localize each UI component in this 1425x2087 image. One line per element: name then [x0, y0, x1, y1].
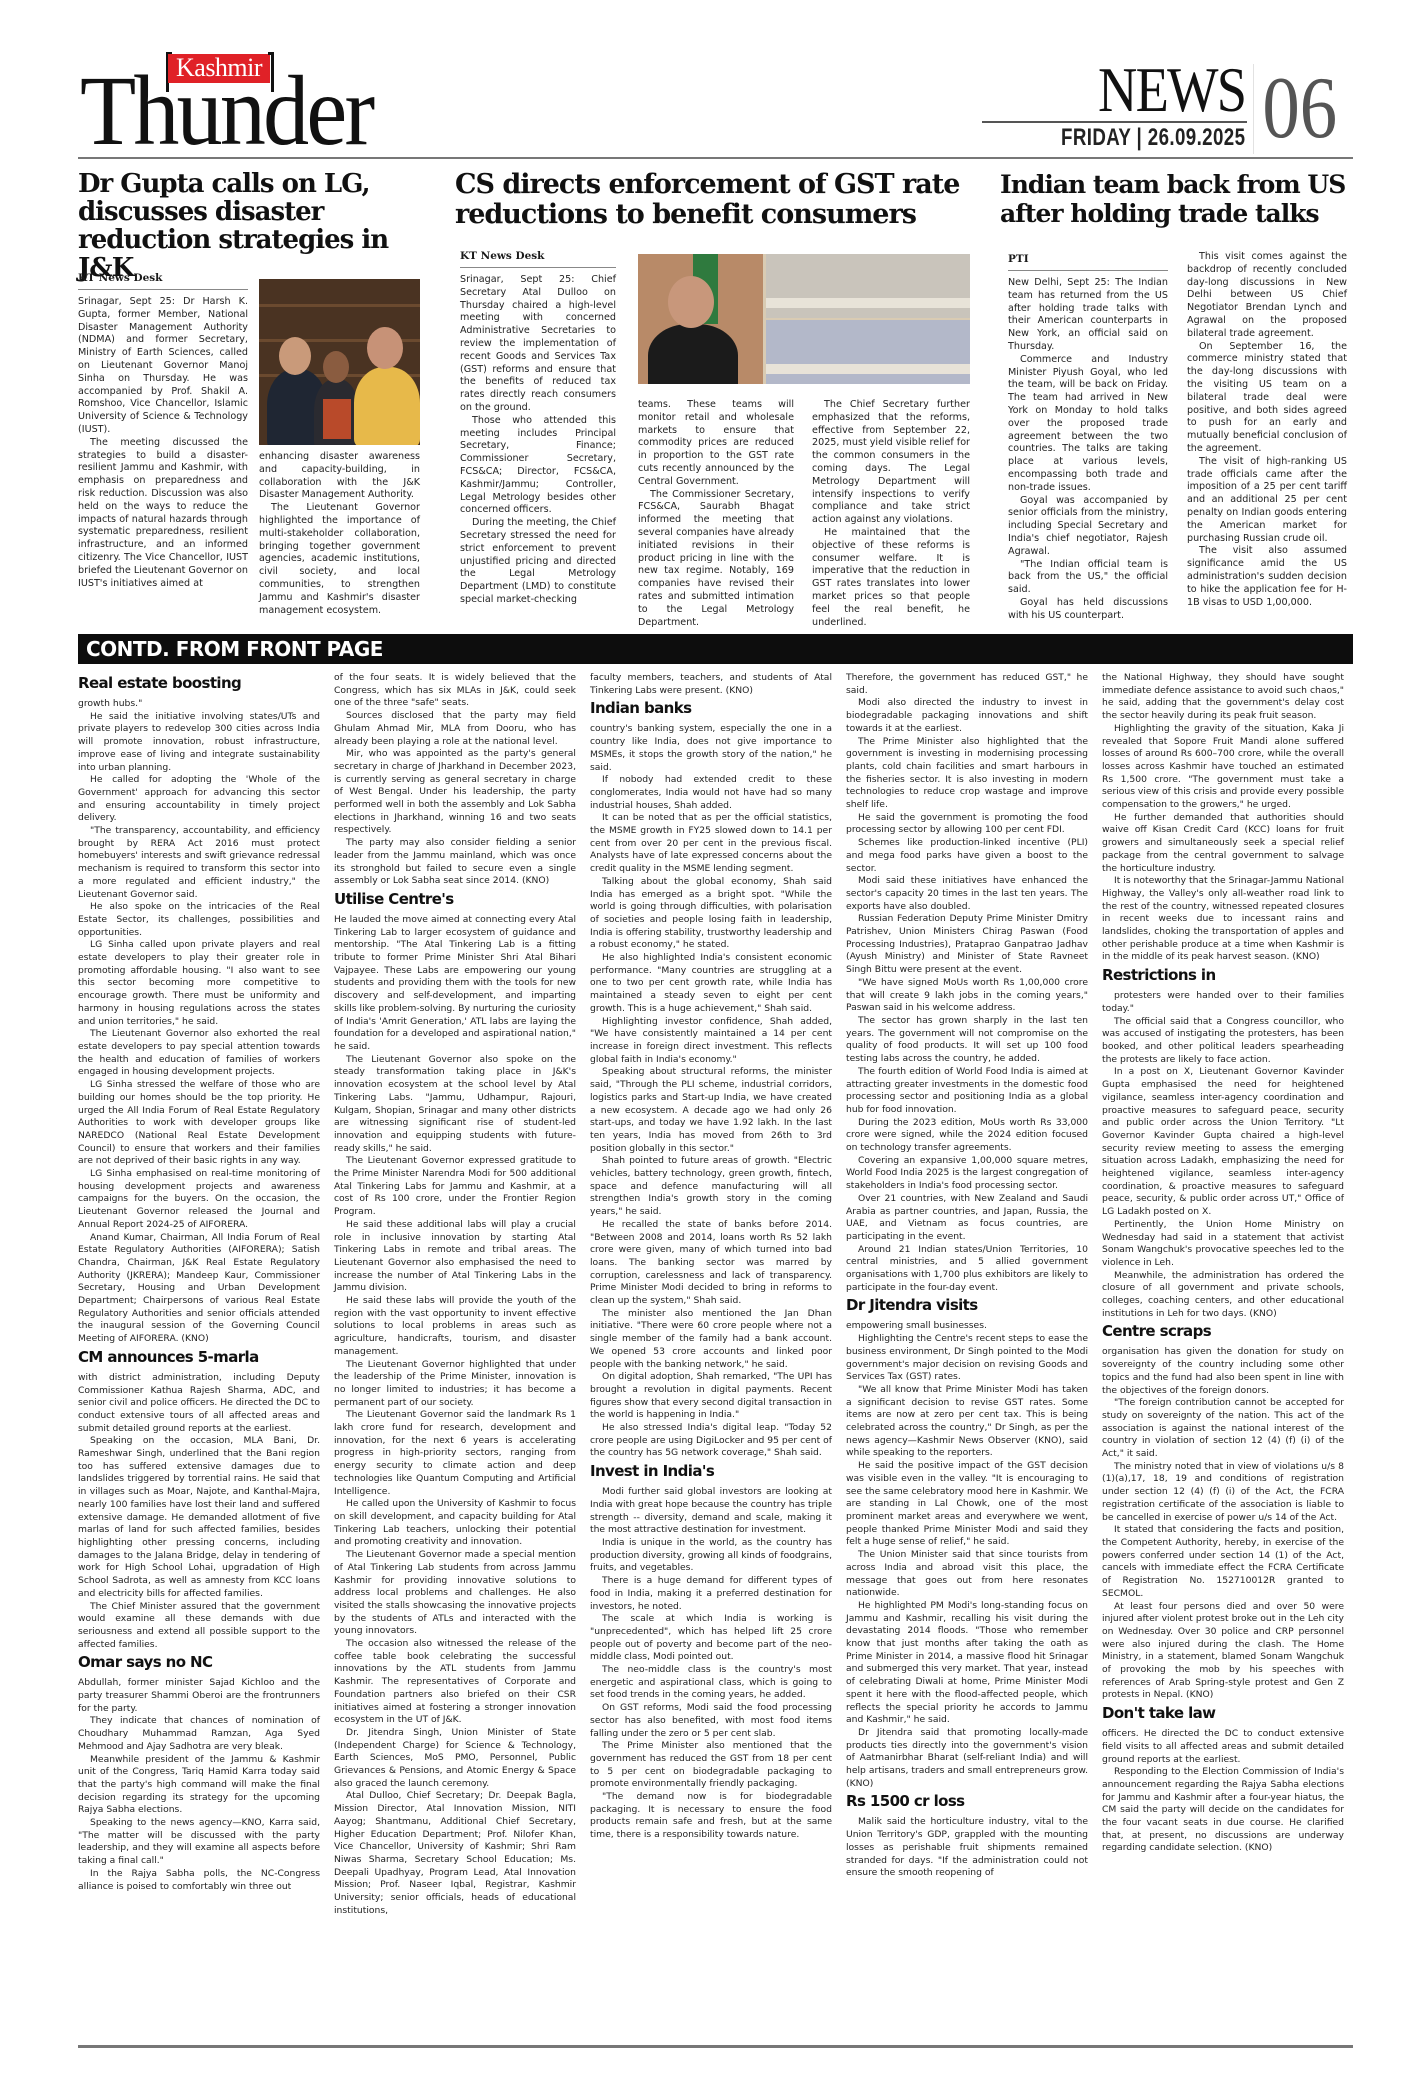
paragraph: The Chief Minister assured that the gove…	[78, 1601, 320, 1652]
paragraph: Russian Federation Deputy Prime Minister…	[846, 913, 1088, 977]
paragraph: This visit comes against the backdrop of…	[1187, 251, 1347, 341]
paragraph: He said these additional labs will play …	[334, 1219, 576, 1295]
continued-subhead: Restrictions in	[1102, 966, 1344, 984]
paragraph: He also highlighted India's consistent e…	[590, 952, 832, 1016]
paragraph: Srinagar, Sept 25: Chief Secretary Atal …	[460, 274, 616, 415]
paragraph: Dr. Jitendra Singh, Union Minister of St…	[334, 1727, 576, 1791]
paragraph: Goyal was accompanied by senior official…	[1008, 495, 1168, 559]
paragraph: Schemes like production-linked incentive…	[846, 837, 1088, 875]
section-banner-title: CONTD. FROM FRONT PAGE	[86, 637, 383, 661]
paragraph: New Delhi, Sept 25: The Indian team has …	[1008, 277, 1168, 354]
paragraph: The Commissioner Secretary, FCS&CA, Saur…	[638, 489, 794, 630]
paragraph: Meanwhile president of the Jammu & Kashm…	[78, 1754, 320, 1818]
masthead-divider	[78, 157, 1353, 159]
story-byline: PTI	[1008, 253, 1168, 271]
paragraph: Covering an expansive 1,00,000 square me…	[846, 1155, 1088, 1193]
paragraph: The Prime Minister also highlighted that…	[846, 736, 1088, 812]
paragraph: Sources disclosed that the party may fie…	[334, 710, 576, 748]
continued-col-4: Therefore, the government has reduced GS…	[846, 672, 1088, 1880]
story2-col1: KT News Desk Srinagar, Sept 25: Chief Se…	[460, 250, 616, 607]
paragraph: "The Indian official team is back from t…	[1008, 559, 1168, 597]
paragraph: The official said that a Congress counci…	[1102, 1016, 1344, 1067]
continued-col-5: the National Highway, they should have s…	[1102, 672, 1344, 1855]
paragraph: Therefore, the government has reduced GS…	[846, 672, 1088, 697]
story-dr-gupta: Dr Gupta calls on LG, discusses disaster…	[78, 170, 428, 282]
paragraph: He said these labs will provide the yout…	[334, 1295, 576, 1359]
story-headline: CS directs enforcement of GST rate reduc…	[455, 170, 975, 230]
paragraph: Pertinently, the Union Home Ministry on …	[1102, 1219, 1344, 1270]
paragraph: During the meeting, the Chief Secretary …	[460, 517, 616, 607]
paragraph: Speaking to the news agency—KNO, Karra s…	[78, 1817, 320, 1868]
column-body: the National Highway, they should have s…	[1102, 672, 1344, 1855]
paragraph: LG Sinha emphasised on real-time monitor…	[78, 1168, 320, 1232]
story-body: The Chief Secretary further emphasized t…	[812, 399, 970, 629]
paragraph: India is unique in the world, as the cou…	[590, 1537, 832, 1575]
paragraph: He lauded the move aimed at connecting e…	[334, 914, 576, 1054]
paragraph: country's banking system, especially the…	[590, 723, 832, 774]
continued-col-1: Real estate boostinggrowth hubs."He said…	[78, 672, 320, 1893]
story-body: New Delhi, Sept 25: The Indian team has …	[1008, 277, 1168, 623]
continued-subhead: Don't take law	[1102, 1704, 1344, 1722]
paragraph: The Lieutenant Governor also exhorted th…	[78, 1028, 320, 1079]
section-title: NEWS	[1098, 60, 1245, 120]
paragraph: Malik said the horticulture industry, vi…	[846, 1816, 1088, 1880]
paragraph: The Lieutenant Governor said the landmar…	[334, 1409, 576, 1498]
story-body: This visit comes against the backdrop of…	[1187, 251, 1347, 609]
story-byline: KT News Desk	[460, 250, 616, 268]
section-rule	[982, 121, 1247, 123]
paragraph: He also stressed India's digital leap. "…	[590, 1422, 832, 1460]
masthead: Kashmir Thunder NEWS FRIDAY | 26.09.2025…	[78, 44, 1353, 154]
paragraph: Anand Kumar, Chairman, All India Forum o…	[78, 1232, 320, 1346]
brand-thunder-logo: Thunder	[80, 66, 372, 156]
paragraph: "The transparency, accountability, and e…	[78, 825, 320, 901]
paragraph: The visit of high-ranking US trade offic…	[1187, 456, 1347, 546]
column-body: faculty members, teachers, and students …	[590, 672, 832, 1842]
paragraph: The fourth edition of World Food India i…	[846, 1066, 1088, 1117]
paragraph: officers. He directed the DC to conduct …	[1102, 1728, 1344, 1766]
paragraph: He said the initiative involving states/…	[78, 711, 320, 775]
story-body: Srinagar, Sept 25: Chief Secretary Atal …	[460, 274, 616, 607]
paragraph: LG Sinha called upon private players and…	[78, 939, 320, 1028]
paragraph: The meeting discussed the strategies to …	[78, 437, 248, 591]
story2-col3: The Chief Secretary further emphasized t…	[812, 399, 970, 629]
paragraph: The scale at which India is working is "…	[590, 1613, 832, 1664]
paragraph: Modi also directed the industry to inves…	[846, 697, 1088, 735]
paragraph: "The demand now is for biodegradable pac…	[590, 1791, 832, 1842]
paragraph: The party may also consider fielding a s…	[334, 837, 576, 888]
paragraph: It is noteworthy that the Srinagar-Jammu…	[1102, 875, 1344, 964]
paragraph: He called upon the University of Kashmir…	[334, 1498, 576, 1549]
continued-subhead: Centre scraps	[1102, 1322, 1344, 1340]
paragraph: He said the government is promoting the …	[846, 812, 1088, 837]
paragraph: Highlighting investor confidence, Shah a…	[590, 1016, 832, 1067]
paragraph: Srinagar, Sept 25: Dr Harsh K. Gupta, fo…	[78, 296, 248, 437]
paragraph: He maintained that the objective of thes…	[812, 527, 970, 629]
paragraph: Shah pointed to future areas of growth. …	[590, 1155, 832, 1219]
paragraph: with district administration, including …	[78, 1372, 320, 1436]
continued-col-2: of the four seats. It is widely believed…	[334, 672, 576, 1918]
paragraph: At least four persons died and over 50 w…	[1102, 1601, 1344, 1703]
paragraph: Atal Dulloo, Chief Secretary; Dr. Deepak…	[334, 1790, 576, 1917]
paragraph: The Chief Secretary further emphasized t…	[812, 399, 970, 527]
paragraph: He recalled the state of banks before 20…	[590, 1219, 832, 1308]
story-body: Srinagar, Sept 25: Dr Harsh K. Gupta, fo…	[78, 296, 248, 590]
paragraph: The visit also assumed significance amid…	[1187, 545, 1347, 609]
continued-subhead: Indian banks	[590, 699, 832, 717]
paragraph: The ministry noted that in view of viola…	[1102, 1461, 1344, 1525]
paragraph: It can be noted that as per the official…	[590, 812, 832, 876]
paragraph: The Lieutenant Governor highlighted the …	[259, 502, 420, 617]
continued-subhead: Utilise Centre's	[334, 890, 576, 908]
story2-col2: teams. These teams will monitor retail a…	[638, 399, 794, 629]
paragraph: teams. These teams will monitor retail a…	[638, 399, 794, 489]
story-body: enhancing disaster awareness and capacit…	[259, 451, 420, 617]
paragraph: The minister also mentioned the Jan Dhan…	[590, 1308, 832, 1372]
section-banner: CONTD. FROM FRONT PAGE	[78, 634, 1353, 664]
paragraph: Modi further said global investors are l…	[590, 1486, 832, 1537]
column-body: Real estate boostinggrowth hubs."He said…	[78, 674, 320, 1893]
story-body: teams. These teams will monitor retail a…	[638, 399, 794, 629]
paragraph: They indicate that chances of nomination…	[78, 1715, 320, 1753]
paragraph: enhancing disaster awareness and capacit…	[259, 451, 420, 502]
paragraph: On September 16, the commerce ministry s…	[1187, 341, 1347, 456]
paragraph: The sector has grown sharply in the last…	[846, 1015, 1088, 1066]
paragraph: protesters were handed over to their fam…	[1102, 990, 1344, 1015]
page-number: 06	[1253, 64, 1338, 154]
paragraph: The Lieutenant Governor expressed gratit…	[334, 1155, 576, 1219]
paragraph: organisation has given the donation for …	[1102, 1346, 1344, 1397]
paragraph: There is a huge demand for different typ…	[590, 1575, 832, 1613]
paragraph: growth hubs."	[78, 698, 320, 711]
page-bottom-rule	[78, 2045, 1353, 2048]
story3-col2: This visit comes against the backdrop of…	[1187, 251, 1347, 609]
continued-subhead: Invest in India's	[590, 1462, 832, 1480]
paragraph: Responding to the Election Commission of…	[1102, 1766, 1344, 1855]
paragraph: Abdullah, former minister Sajad Kichloo …	[78, 1677, 320, 1715]
paragraph: Speaking about structural reforms, the m…	[590, 1066, 832, 1155]
paragraph: In a post on X, Lieutenant Governor Kavi…	[1102, 1066, 1344, 1218]
paragraph: He said the positive impact of the GST d…	[846, 1460, 1088, 1549]
paragraph: It stated that considering the facts and…	[1102, 1524, 1344, 1600]
story-trade-talks: Indian team back from US after holding t…	[1000, 170, 1350, 228]
continued-subhead: Dr Jitendra visits	[846, 1296, 1088, 1314]
paragraph: The Lieutenant Governor highlighted that…	[334, 1359, 576, 1410]
paragraph: LG Sinha stressed the welfare of those w…	[78, 1079, 320, 1168]
paragraph: On digital adoption, Shah remarked, "The…	[590, 1371, 832, 1422]
paragraph: The Lieutenant Governor made a special m…	[334, 1549, 576, 1638]
story2-photo-collage	[638, 254, 970, 384]
paragraph: If nobody had extended credit to these c…	[590, 774, 832, 812]
story-headline: Indian team back from US after holding t…	[1000, 170, 1350, 228]
paragraph: During the 2023 edition, MoUs worth Rs 3…	[846, 1117, 1088, 1155]
paragraph: "We all know that Prime Minister Modi ha…	[846, 1384, 1088, 1460]
paragraph: He highlighted PM Modi's long-standing f…	[846, 1600, 1088, 1727]
paragraph: Highlighting the gravity of the situatio…	[1102, 723, 1344, 812]
story1-col2: enhancing disaster awareness and capacit…	[259, 451, 420, 617]
paragraph: He called for adopting the 'Whole of the…	[78, 774, 320, 825]
paragraph: The Union Minister said that since touri…	[846, 1549, 1088, 1600]
paragraph: empowering small businesses.	[846, 1320, 1088, 1333]
column-body: Therefore, the government has reduced GS…	[846, 672, 1088, 1880]
paragraph: The occasion also witnessed the release …	[334, 1638, 576, 1727]
story1-col1: KT News Desk Srinagar, Sept 25: Dr Harsh…	[78, 272, 248, 590]
paragraph: In the Rajya Sabha polls, the NC-Congres…	[78, 1868, 320, 1893]
paragraph: of the four seats. It is widely believed…	[334, 672, 576, 710]
story-gst-enforcement: CS directs enforcement of GST rate reduc…	[455, 170, 975, 230]
paragraph: Talking about the global economy, Shah s…	[590, 876, 832, 952]
paragraph: Meanwhile, the administration has ordere…	[1102, 1270, 1344, 1321]
story-byline: KT News Desk	[78, 272, 248, 290]
paragraph: Modi said these initiatives have enhance…	[846, 875, 1088, 913]
paragraph: The Lieutenant Governor also spoke on th…	[334, 1054, 576, 1156]
paragraph: Over 21 countries, with New Zealand and …	[846, 1193, 1088, 1244]
continued-subhead: Rs 1500 cr loss	[846, 1792, 1088, 1810]
continued-col-3: faculty members, teachers, and students …	[590, 672, 832, 1842]
continued-subhead: CM announces 5-marla	[78, 1348, 320, 1366]
issue-date: FRIDAY | 26.09.2025	[1061, 124, 1245, 152]
continued-subhead: Omar says no NC	[78, 1653, 320, 1671]
continued-subhead: Real estate boosting	[78, 674, 320, 692]
paragraph: Highlighting the Centre's recent steps t…	[846, 1333, 1088, 1384]
paragraph: Those who attended this meeting includes…	[460, 415, 616, 517]
paragraph: He also spoke on the intricacies of the …	[78, 901, 320, 939]
paragraph: Dr Jitendra said that promoting locally-…	[846, 1727, 1088, 1791]
paragraph: On GST reforms, Modi said the food proce…	[590, 1702, 832, 1740]
paragraph: He further demanded that authorities sho…	[1102, 812, 1344, 876]
column-body: of the four seats. It is widely believed…	[334, 672, 576, 1918]
story3-col1: PTI New Delhi, Sept 25: The Indian team …	[1008, 253, 1168, 623]
paragraph: The Prime Minister also mentioned that t…	[590, 1740, 832, 1791]
paragraph: Speaking on the occasion, MLA Bani, Dr. …	[78, 1435, 320, 1600]
paragraph: Around 21 Indian states/Union Territorie…	[846, 1244, 1088, 1295]
paragraph: Goyal has held discussions with his US c…	[1008, 597, 1168, 623]
story-headline: Dr Gupta calls on LG, discusses disaster…	[78, 170, 418, 282]
paragraph: "We have signed MoUs worth Rs 1,00,000 c…	[846, 977, 1088, 1015]
paragraph: "The foreign contribution cannot be acce…	[1102, 1397, 1344, 1461]
paragraph: the National Highway, they should have s…	[1102, 672, 1344, 723]
story1-photo	[259, 279, 420, 445]
paragraph: Mir, who was appointed as the party's ge…	[334, 748, 576, 837]
paragraph: Commerce and Industry Minister Piyush Go…	[1008, 354, 1168, 495]
paragraph: The neo-middle class is the country's mo…	[590, 1664, 832, 1702]
paragraph: faculty members, teachers, and students …	[590, 672, 832, 697]
